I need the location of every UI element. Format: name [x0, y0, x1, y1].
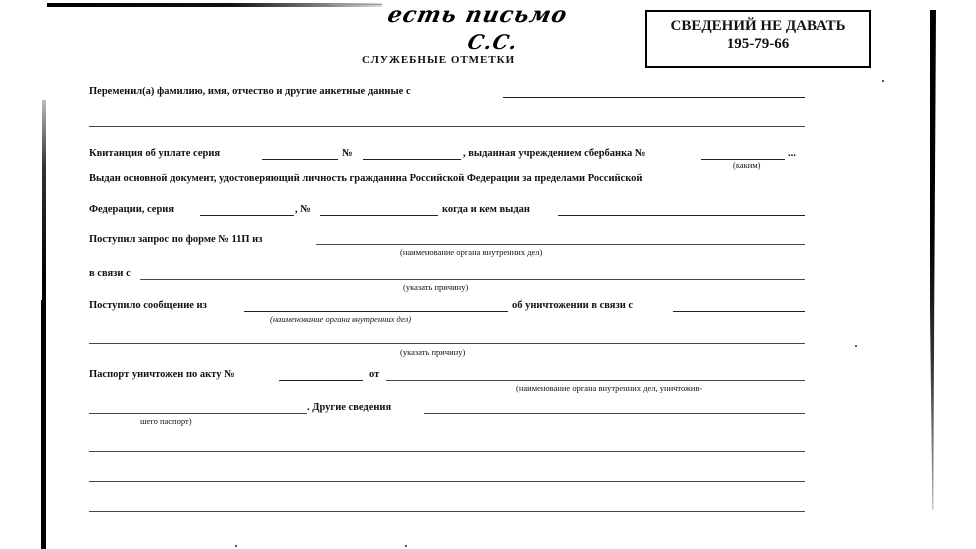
destruction-source-hint: (наименование органа внутренних дел): [270, 314, 411, 324]
passport-hint-part2: шего паспорт): [140, 416, 192, 426]
section-title: СЛУЖЕБНЫЕ ОТМЕТКИ: [362, 54, 515, 66]
passport-hint-part1: (наименование органа внутренних дел, уни…: [516, 383, 702, 393]
blank-line-1[interactable]: [89, 451, 805, 452]
name-change-label: Переменил(а) фамилию, имя, отчество и др…: [89, 86, 411, 97]
destruction-reason-field[interactable]: [673, 311, 805, 312]
scan-border-left-thick: [41, 300, 46, 549]
destruction-message-label: Поступило сообщение из: [89, 300, 207, 311]
request-11p-field[interactable]: [316, 244, 805, 245]
destruction-reason-hint: (указать причину): [400, 347, 465, 357]
restriction-stamp: СВЕДЕНИЙ НЕ ДАВАТЬ 195-79-66: [645, 10, 871, 68]
foreign-doc-issued-field[interactable]: [558, 215, 805, 216]
passport-from-field[interactable]: [386, 380, 805, 381]
receipt-hint: (каким): [733, 160, 761, 170]
foreign-doc-series-label: Федерации, серия: [89, 204, 174, 215]
foreign-doc-label: Выдан основной документ, удостоверяющий …: [89, 173, 642, 184]
scan-speck: [855, 345, 857, 347]
foreign-doc-series-field[interactable]: [200, 215, 294, 216]
receipt-number-field[interactable]: [363, 159, 461, 160]
stamp-text: СВЕДЕНИЙ НЕ ДАВАТЬ: [647, 18, 869, 35]
stamp-number: 195-79-66: [647, 36, 869, 53]
other-info-field[interactable]: [424, 413, 805, 414]
foreign-doc-number-field[interactable]: [320, 215, 438, 216]
destruction-source-field[interactable]: [244, 311, 508, 312]
request-11p-hint: (наименование органа внутренних дел): [400, 247, 542, 257]
name-change-field[interactable]: [503, 97, 805, 98]
passport-destroyed-label: Паспорт уничтожен по акту №: [89, 369, 235, 380]
receipt-issued-by-label: , выданная учреждением сбербанка №: [463, 148, 645, 159]
receipt-series-field[interactable]: [262, 159, 338, 160]
reason-field[interactable]: [140, 279, 805, 280]
blank-line-3[interactable]: [89, 511, 805, 512]
receipt-label: Квитанция об уплате серия: [89, 148, 220, 159]
scan-speck: [882, 80, 884, 82]
passport-from-label: от: [369, 369, 379, 380]
passport-from-field-continued[interactable]: [89, 413, 307, 414]
passport-act-number-field[interactable]: [279, 380, 363, 381]
blank-line-2[interactable]: [89, 481, 805, 482]
destruction-reason-field-continued[interactable]: [89, 343, 805, 344]
request-11p-label: Поступил запрос по форме № 11П из: [89, 234, 262, 245]
handwritten-initials: С.С.: [465, 30, 520, 54]
other-info-label: . Другие сведения: [307, 402, 391, 413]
handwritten-note: есть письмо: [385, 2, 570, 28]
scan-border-top-fade: [330, 4, 382, 5]
receipt-trailing-dots: ...: [788, 148, 796, 159]
scan-speck: [235, 545, 237, 547]
destruction-reason-label: об уничтожении в связи с: [512, 300, 633, 311]
reason-label: в связи с: [89, 268, 131, 279]
scan-speck: [405, 545, 407, 547]
name-change-field-continued[interactable]: [89, 126, 805, 127]
foreign-doc-number-label: , №: [295, 204, 311, 215]
foreign-doc-issued-label: когда и кем выдан: [442, 204, 530, 215]
reason-hint: (указать причину): [403, 282, 468, 292]
receipt-number-label: №: [342, 148, 353, 159]
scan-border-right: [930, 10, 936, 510]
